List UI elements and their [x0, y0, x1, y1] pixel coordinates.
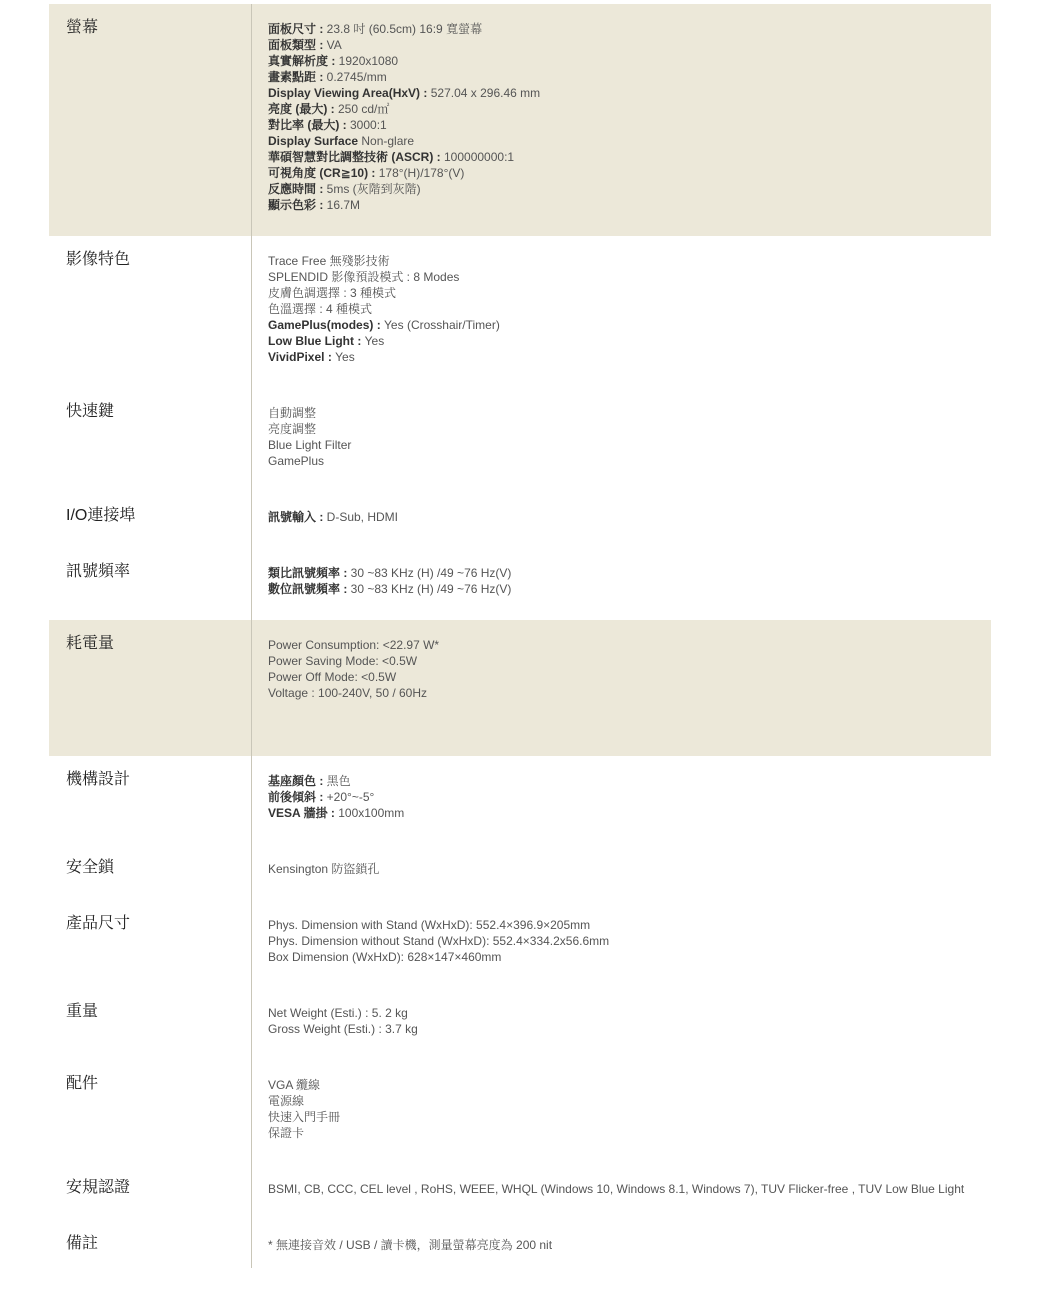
spec-val: BSMI, CB, CCC, CEL level , RoHS, WEEE, W…: [268, 1182, 964, 1196]
spec-val: 3000:1: [350, 118, 387, 132]
spec-key: 訊號輸入 :: [268, 510, 327, 524]
spec-line: SPLENDID 影像預設模式 : 8 Modes: [268, 269, 991, 285]
spec-value: BSMI, CB, CCC, CEL level , RoHS, WEEE, W…: [252, 1164, 991, 1220]
spec-line: 前後傾斜 : +20°~-5°: [268, 789, 991, 805]
spec-line: Trace Free 無殘影技術: [268, 253, 991, 269]
spec-line: GamePlus(modes) : Yes (Crosshair/Timer): [268, 317, 991, 333]
spec-val: +20°~-5°: [327, 790, 375, 804]
spec-key: 基座顏色 :: [268, 774, 327, 788]
spec-key: GamePlus(modes) :: [268, 318, 384, 332]
spec-value: 類比訊號頻率 : 30 ~83 KHz (H) /49 ~76 Hz(V)數位訊…: [252, 548, 991, 620]
spec-val: Non-glare: [361, 134, 414, 148]
spec-line: 真實解析度 : 1920x1080: [268, 53, 991, 69]
spec-row: 產品尺寸Phys. Dimension with Stand (WxHxD): …: [49, 900, 991, 988]
spec-key: Low Blue Light :: [268, 334, 365, 348]
spec-key: 顯示色彩 :: [268, 198, 327, 212]
spec-value: Kensington 防盜鎖孔: [252, 844, 991, 900]
spec-val: Power Saving Mode: <0.5W: [268, 654, 417, 668]
spec-val: 皮膚色調選擇 : 3 種模式: [268, 286, 396, 300]
spec-line: 亮度調整: [268, 421, 991, 437]
spec-line: 反應時間 : 5ms (灰階到灰階): [268, 181, 991, 197]
spec-value: VGA 纜線電源線快速入門手冊保證卡: [252, 1060, 991, 1164]
spec-line: 自動調整: [268, 405, 991, 421]
spec-val: 色溫選擇 : 4 種模式: [268, 302, 372, 316]
spec-label: 產品尺寸: [49, 900, 252, 988]
spec-line: Gross Weight (Esti.) : 3.7 kg: [268, 1021, 991, 1037]
spec-line: 保證卡: [268, 1125, 991, 1141]
spec-val: 178°(H)/178°(V): [379, 166, 465, 180]
spec-value: Power Consumption: <22.97 W*Power Saving…: [252, 620, 991, 756]
spec-line: 華碩智慧對比調整技術 (ASCR) : 100000000:1: [268, 149, 991, 165]
spec-value: 訊號輸入 : D-Sub, HDMI: [252, 492, 991, 548]
spec-value: * 無連接音效 / USB / 讀卡機，測量螢幕亮度為 200 nit: [252, 1220, 991, 1268]
spec-key: 華碩智慧對比調整技術 (ASCR) :: [268, 150, 444, 164]
spec-key: Display Surface: [268, 134, 361, 148]
spec-line: Display Viewing Area(HxV) : 527.04 x 296…: [268, 85, 991, 101]
spec-row: 螢幕面板尺寸 : 23.8 吋 (60.5cm) 16:9 寬螢幕面板類型 : …: [49, 4, 991, 236]
spec-val: Phys. Dimension without Stand (WxHxD): 5…: [268, 934, 609, 948]
spec-line: Kensington 防盜鎖孔: [268, 861, 991, 877]
spec-val: 250 cd/㎡: [338, 102, 389, 116]
spec-line: 電源線: [268, 1093, 991, 1109]
spec-val: Yes: [335, 350, 355, 364]
spec-val: Yes: [365, 334, 385, 348]
spec-key: 亮度 (最大) :: [268, 102, 338, 116]
spec-line: 基座顏色 : 黑色: [268, 773, 991, 789]
spec-line: VGA 纜線: [268, 1077, 991, 1093]
spec-row: 配件VGA 纜線電源線快速入門手冊保證卡: [49, 1060, 991, 1164]
spec-key: 面板類型 :: [268, 38, 327, 52]
spec-line: Voltage : 100-240V, 50 / 60Hz: [268, 685, 991, 701]
spec-line: Box Dimension (WxHxD): 628×147×460mm: [268, 949, 991, 965]
spec-line: 可視角度 (CR≧10) : 178°(H)/178°(V): [268, 165, 991, 181]
spec-val: 黑色: [327, 774, 351, 788]
spec-val: Power Off Mode: <0.5W: [268, 670, 396, 684]
spec-line: 亮度 (最大) : 250 cd/㎡: [268, 101, 991, 117]
spec-line: VividPixel : Yes: [268, 349, 991, 365]
spec-label: 耗電量: [49, 620, 252, 756]
spec-val: Power Consumption: <22.97 W*: [268, 638, 439, 652]
spec-line: VESA 牆掛 : 100x100mm: [268, 805, 991, 821]
spec-key: 面板尺寸 :: [268, 22, 327, 36]
spec-line: Phys. Dimension without Stand (WxHxD): 5…: [268, 933, 991, 949]
spec-value: 自動調整亮度調整Blue Light FilterGamePlus: [252, 388, 991, 492]
spec-line: 面板類型 : VA: [268, 37, 991, 53]
spec-row: 機構設計基座顏色 : 黑色前後傾斜 : +20°~-5°VESA 牆掛 : 10…: [49, 756, 991, 844]
spec-key: 真實解析度 :: [268, 54, 339, 68]
spec-label: 螢幕: [49, 4, 252, 236]
spec-key: 類比訊號頻率 :: [268, 566, 351, 580]
spec-val: Trace Free 無殘影技術: [268, 254, 390, 268]
spec-key: 反應時間 :: [268, 182, 327, 196]
spec-value: Phys. Dimension with Stand (WxHxD): 552.…: [252, 900, 991, 988]
spec-value: 面板尺寸 : 23.8 吋 (60.5cm) 16:9 寬螢幕面板類型 : VA…: [252, 4, 991, 236]
spec-row: 備註* 無連接音效 / USB / 讀卡機，測量螢幕亮度為 200 nit: [49, 1220, 991, 1268]
spec-label: 影像特色: [49, 236, 252, 388]
spec-line: Phys. Dimension with Stand (WxHxD): 552.…: [268, 917, 991, 933]
spec-label: 安規認證: [49, 1164, 252, 1220]
spec-line: 皮膚色調選擇 : 3 種模式: [268, 285, 991, 301]
spec-line: 對比率 (最大) : 3000:1: [268, 117, 991, 133]
spec-val: 16.7M: [327, 198, 360, 212]
spec-key: 畫素點距 :: [268, 70, 327, 84]
spec-label: 機構設計: [49, 756, 252, 844]
spec-line: * 無連接音效 / USB / 讀卡機，測量螢幕亮度為 200 nit: [268, 1237, 991, 1253]
spec-row: 重量Net Weight (Esti.) : 5. 2 kgGross Weig…: [49, 988, 991, 1060]
spec-row: I/O連接埠訊號輸入 : D-Sub, HDMI: [49, 492, 991, 548]
spec-row: 耗電量Power Consumption: <22.97 W*Power Sav…: [49, 620, 991, 756]
spec-line: Display Surface Non-glare: [268, 133, 991, 149]
spec-row: 安規認證BSMI, CB, CCC, CEL level , RoHS, WEE…: [49, 1164, 991, 1220]
spec-row: 訊號頻率類比訊號頻率 : 30 ~83 KHz (H) /49 ~76 Hz(V…: [49, 548, 991, 620]
spec-line: 訊號輸入 : D-Sub, HDMI: [268, 509, 991, 525]
spec-line: Low Blue Light : Yes: [268, 333, 991, 349]
spec-line: 色溫選擇 : 4 種模式: [268, 301, 991, 317]
spec-line: Net Weight (Esti.) : 5. 2 kg: [268, 1005, 991, 1021]
spec-key: Display Viewing Area(HxV) :: [268, 86, 431, 100]
spec-line: 顯示色彩 : 16.7M: [268, 197, 991, 213]
spec-val: 0.2745/mm: [327, 70, 387, 84]
spec-val: GamePlus: [268, 454, 324, 468]
spec-val: 1920x1080: [339, 54, 398, 68]
spec-val: Net Weight (Esti.) : 5. 2 kg: [268, 1006, 408, 1020]
spec-table: 螢幕面板尺寸 : 23.8 吋 (60.5cm) 16:9 寬螢幕面板類型 : …: [49, 4, 991, 1268]
spec-line: GamePlus: [268, 453, 991, 469]
spec-line: Power Consumption: <22.97 W*: [268, 637, 991, 653]
spec-label: I/O連接埠: [49, 492, 252, 548]
spec-line: 類比訊號頻率 : 30 ~83 KHz (H) /49 ~76 Hz(V): [268, 565, 991, 581]
spec-line: 面板尺寸 : 23.8 吋 (60.5cm) 16:9 寬螢幕: [268, 21, 991, 37]
spec-row: 安全鎖Kensington 防盜鎖孔: [49, 844, 991, 900]
spec-val: 電源線: [268, 1094, 304, 1108]
spec-line: Blue Light Filter: [268, 437, 991, 453]
spec-label: 快速鍵: [49, 388, 252, 492]
spec-key: VividPixel :: [268, 350, 335, 364]
spec-val: 30 ~83 KHz (H) /49 ~76 Hz(V): [351, 566, 512, 580]
spec-label: 重量: [49, 988, 252, 1060]
spec-value: Trace Free 無殘影技術SPLENDID 影像預設模式 : 8 Mode…: [252, 236, 991, 388]
spec-val: 保證卡: [268, 1126, 304, 1140]
spec-val: SPLENDID 影像預設模式 : 8 Modes: [268, 270, 459, 284]
spec-val: 100x100mm: [338, 806, 404, 820]
spec-key: 數位訊號頻率 :: [268, 582, 351, 596]
spec-val: 亮度調整: [268, 422, 316, 436]
spec-value: Net Weight (Esti.) : 5. 2 kgGross Weight…: [252, 988, 991, 1060]
spec-val: Box Dimension (WxHxD): 628×147×460mm: [268, 950, 501, 964]
spec-key: VESA 牆掛 :: [268, 806, 338, 820]
spec-key: 對比率 (最大) :: [268, 118, 350, 132]
spec-val: Gross Weight (Esti.) : 3.7 kg: [268, 1022, 418, 1036]
spec-value: 基座顏色 : 黑色前後傾斜 : +20°~-5°VESA 牆掛 : 100x10…: [252, 756, 991, 844]
spec-line: 畫素點距 : 0.2745/mm: [268, 69, 991, 85]
spec-val: 527.04 x 296.46 mm: [431, 86, 540, 100]
spec-line: 快速入門手冊: [268, 1109, 991, 1125]
spec-val: 5ms (灰階到灰階): [327, 182, 421, 196]
spec-val: 23.8 吋 (60.5cm) 16:9 寬螢幕: [327, 22, 482, 36]
spec-val: D-Sub, HDMI: [327, 510, 398, 524]
spec-val: 自動調整: [268, 406, 316, 420]
spec-val: Yes (Crosshair/Timer): [384, 318, 500, 332]
spec-val: 30 ~83 KHz (H) /49 ~76 Hz(V): [351, 582, 512, 596]
spec-key: 可視角度 (CR≧10) :: [268, 166, 379, 180]
spec-line: BSMI, CB, CCC, CEL level , RoHS, WEEE, W…: [268, 1181, 991, 1197]
spec-label: 配件: [49, 1060, 252, 1164]
spec-val: VA: [327, 38, 342, 52]
spec-val: * 無連接音效 / USB / 讀卡機，測量螢幕亮度為 200 nit: [268, 1238, 552, 1252]
spec-row: 快速鍵自動調整亮度調整Blue Light FilterGamePlus: [49, 388, 991, 492]
spec-line: Power Saving Mode: <0.5W: [268, 653, 991, 669]
spec-label: 安全鎖: [49, 844, 252, 900]
spec-line: 數位訊號頻率 : 30 ~83 KHz (H) /49 ~76 Hz(V): [268, 581, 991, 597]
spec-val: 100000000:1: [444, 150, 514, 164]
spec-val: Phys. Dimension with Stand (WxHxD): 552.…: [268, 918, 590, 932]
spec-val: Kensington 防盜鎖孔: [268, 862, 379, 876]
spec-label: 訊號頻率: [49, 548, 252, 620]
spec-row: 影像特色Trace Free 無殘影技術SPLENDID 影像預設模式 : 8 …: [49, 236, 991, 388]
spec-label: 備註: [49, 1220, 252, 1268]
spec-line: Power Off Mode: <0.5W: [268, 669, 991, 685]
spec-val: Voltage : 100-240V, 50 / 60Hz: [268, 686, 427, 700]
spec-val: VGA 纜線: [268, 1078, 320, 1092]
spec-val: 快速入門手冊: [268, 1110, 340, 1124]
spec-key: 前後傾斜 :: [268, 790, 327, 804]
spec-val: Blue Light Filter: [268, 438, 351, 452]
